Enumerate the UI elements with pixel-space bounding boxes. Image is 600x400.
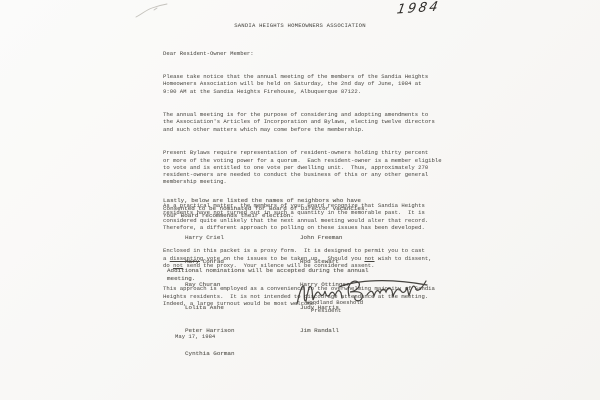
nominee-name: Rod Stewart [300, 258, 350, 266]
letter-title: SANDIA HEIGHTS HOMEOWNERS ASSOCIATION [0, 22, 600, 30]
nominee-name: John Freeman [300, 234, 350, 242]
nominee-name: Lolita Ashe [185, 304, 235, 312]
signature-typed-name: Woodland Boeshold [306, 299, 363, 306]
paragraph-nominees-intro: Lastly, below are listed the names of ne… [163, 197, 463, 220]
pencil-scribble-icon [134, 2, 170, 20]
nominee-name: Jim Randall [300, 327, 350, 335]
paragraph-meeting-purpose: The annual meeting is for the purpose of… [163, 111, 483, 133]
paragraph-quorum-rules: Present Bylaws require representation of… [163, 149, 483, 185]
paragraph-meeting-notice: Please take notice that the annual meeti… [163, 73, 483, 95]
salutation: Dear Resident-Owner Member: [163, 50, 483, 57]
nominee-name: Harry Criel [185, 234, 235, 242]
letter-document: 1984 SANDIA HEIGHTS HOMEOWNERS ASSOCIATI… [0, 0, 600, 400]
nominee-name: Cynthia Gorman [185, 350, 235, 358]
nominee-list-column-1: Harry Criel Mary Conrad Ray Churan Lolit… [185, 219, 235, 373]
nominee-name: Mary Conrad [185, 258, 235, 266]
handwritten-year-annotation: 1984 [396, 0, 442, 18]
underlined-word-not: not [364, 255, 374, 262]
letter-date: May 17, 1984 [175, 333, 215, 340]
signature-role: President [311, 307, 341, 314]
